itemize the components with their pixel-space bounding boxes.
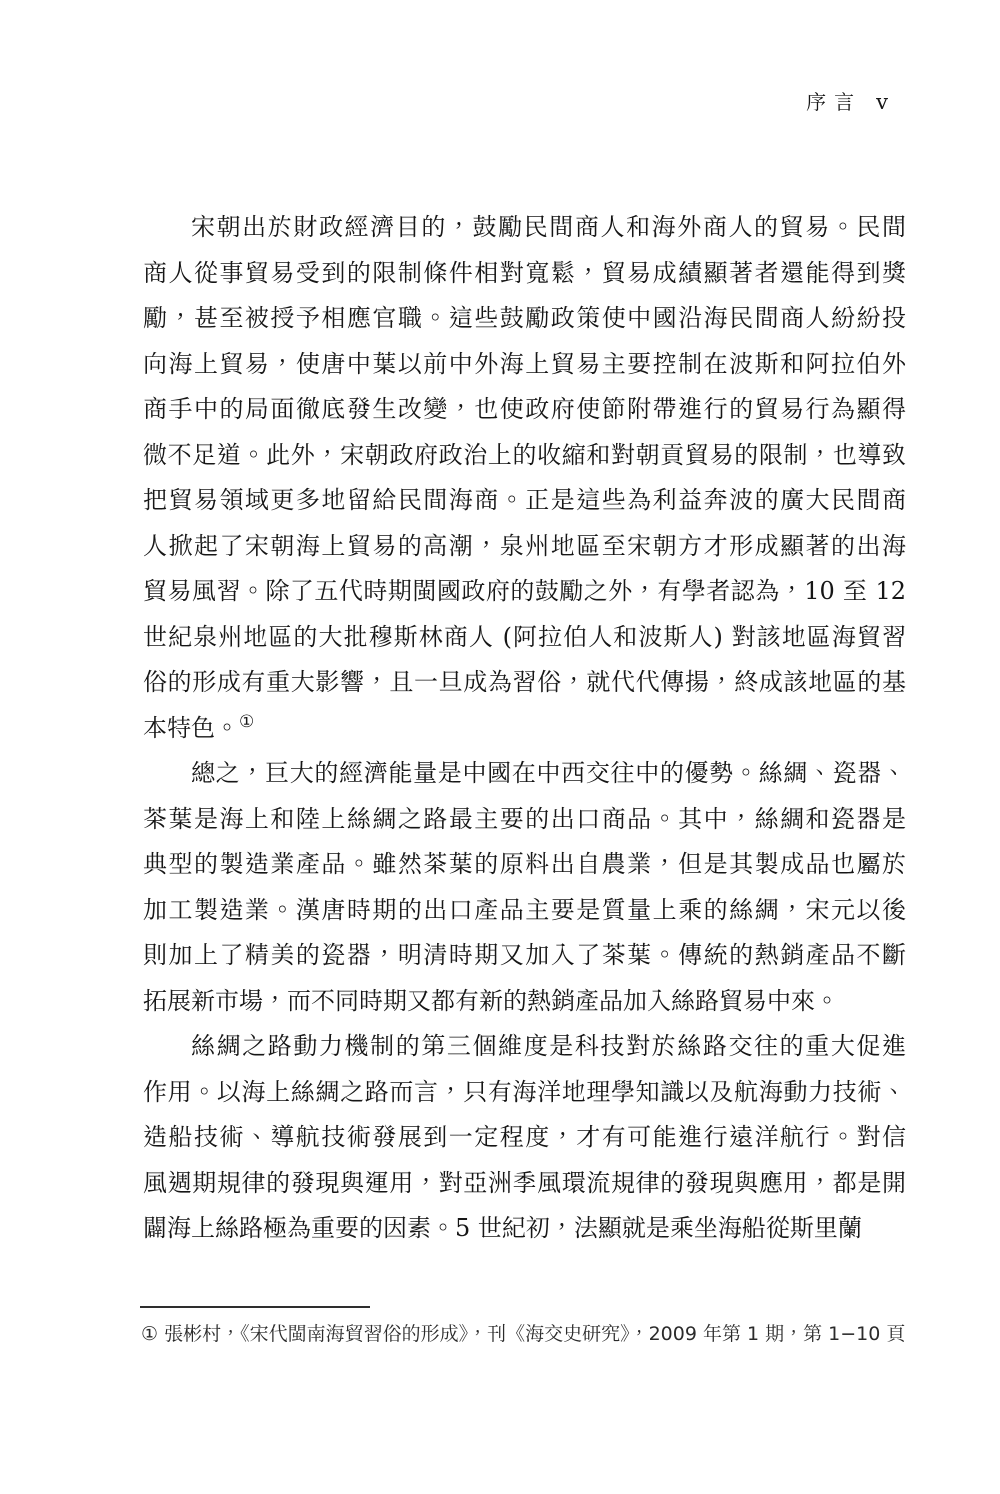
text-line: 本特色。① <box>143 706 906 752</box>
text-line: 微不足道。此外，宋朝政府政治上的收縮和對朝貢貿易的限制，也導致 <box>143 433 906 479</box>
text-line: 拓展新市場，而不同時期又都有新的熱銷產品加入絲路貿易中來。 <box>143 979 906 1025</box>
text-line-fragment: 本特色。 <box>143 714 239 742</box>
text-line: 把貿易領域更多地留給民間海商。正是這些為利益奔波的廣大民間商 <box>143 478 906 524</box>
section-title: 序言 <box>806 86 862 115</box>
text-line: 絲綢之路動力機制的第三個維度是科技對於絲路交往的重大促進 <box>143 1024 906 1070</box>
text-line: 商手中的局面徹底發生改變，也使政府使節附帶進行的貿易行為顯得 <box>143 387 906 433</box>
text-line: 世紀泉州地區的大批穆斯林商人 (阿拉伯人和波斯人) 對該地區海貿習 <box>143 615 906 661</box>
text-line: 風週期規律的發現與運用，對亞洲季風環流規律的發現與應用，都是開 <box>143 1161 906 1207</box>
text-line: 向海上貿易，使唐中葉以前中外海上貿易主要控制在波斯和阿拉伯外 <box>143 342 906 388</box>
text-line: 茶葉是海上和陸上絲綢之路最主要的出口商品。其中，絲綢和瓷器是 <box>143 797 906 843</box>
footnote-divider <box>140 1306 370 1308</box>
text-line: 則加上了精美的瓷器，明清時期又加入了茶葉。傳統的熱銷產品不斷 <box>143 933 906 979</box>
text-line: 宋朝出於財政經濟目的，鼓勵民間商人和海外商人的貿易。民間 <box>143 205 906 251</box>
footnote-reference: ① <box>239 711 254 731</box>
footnote: ① 張彬村，《宋代閩南海貿習俗的形成》，刊《海交史研究》，2009 年第 1 期… <box>141 1320 911 1348</box>
text-line: 勵，甚至被授予相應官職。這些鼓勵政策使中國沿海民間商人紛紛投 <box>143 296 906 342</box>
text-line: 俗的形成有重大影響，且一旦成為習俗，就代代傳揚，終成該地區的基 <box>143 660 906 706</box>
text-line: 典型的製造業產品。雖然茶葉的原料出自農業，但是其製成品也屬於 <box>143 842 906 888</box>
text-line: 總之，巨大的經濟能量是中國在中西交往中的優勢。絲綢、瓷器、 <box>143 751 906 797</box>
text-line: 人掀起了宋朝海上貿易的高潮，泉州地區至宋朝方才形成顯著的出海 <box>143 524 906 570</box>
text-line: 闢海上絲路極為重要的因素。5 世紀初，法顯就是乘坐海船從斯里蘭 <box>143 1206 906 1252</box>
body-text: 宋朝出於財政經濟目的，鼓勵民間商人和海外商人的貿易。民間 商人從事貿易受到的限制… <box>143 205 906 1252</box>
text-line: 商人從事貿易受到的限制條件相對寬鬆，貿易成績顯著者還能得到獎 <box>143 251 906 297</box>
page-number: v <box>876 90 888 114</box>
text-line: 加工製造業。漢唐時期的出口產品主要是質量上乘的絲綢，宋元以後 <box>143 888 906 934</box>
page-header: 序言 v <box>806 86 888 115</box>
text-line: 貿易風習。除了五代時期閩國政府的鼓勵之外，有學者認為，10 至 12 <box>143 569 906 615</box>
text-line: 作用。以海上絲綢之路而言，只有海洋地理學知識以及航海動力技術、 <box>143 1070 906 1116</box>
text-line: 造船技術、導航技術發展到一定程度，才有可能進行遠洋航行。對信 <box>143 1115 906 1161</box>
